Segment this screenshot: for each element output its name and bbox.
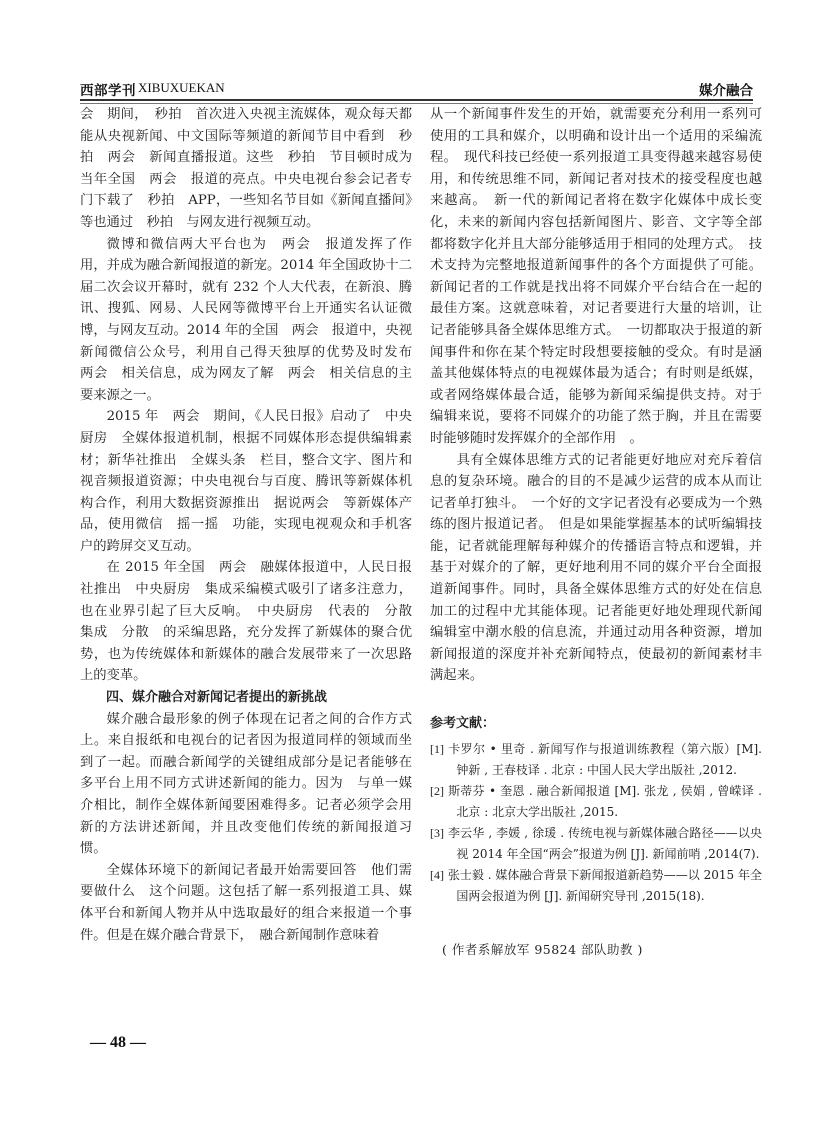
reference-item: [2] 斯蒂芬 • 奎恩 . 融合新闻报道 [M]. 张龙 , 侯娟 , 曾嵘译… (430, 781, 762, 823)
reference-number: [4] (430, 868, 444, 882)
reference-text: 斯蒂芬 • 奎恩 . 融合新闻报道 [M]. 张龙 , 侯娟 , 曾嵘译 . 北… (448, 784, 762, 819)
page-number: — 48 — (90, 1034, 146, 1052)
paragraph: 具有全媒体思维方式的记者能更好地应对充斥着信息的复杂环境。融合的目的不是减少运营… (430, 450, 762, 688)
journal-name-cn: 西部学刊 (80, 79, 136, 99)
paragraph: 从一个新闻事件发生的开始，就需要充分利用一系列可使用的工具和媒介，以明确和设计出… (430, 104, 762, 450)
reference-number: [1] (430, 742, 444, 756)
reference-number: [2] (430, 784, 444, 798)
right-column: 从一个新闻事件发生的开始，就需要充分利用一系列可使用的工具和媒介，以明确和设计出… (430, 104, 762, 960)
paragraph: 全媒体环境下的新闻记者最开始需要回答 他们需要做什么 这个问题。这包括了解一系列… (80, 860, 412, 946)
section-heading: 四、媒介融合对新闻记者提出的新挑战 (80, 687, 412, 709)
reference-item: [1] 卡罗尔 • 里奇 . 新闻写作与报道训练教程（第六版）[M]. 钟新 ,… (430, 739, 762, 781)
reference-item: [3] 李云华 , 李媛 , 徐瑗 . 传统电视与新媒体融合路径——以央视 20… (430, 823, 762, 865)
paragraph: 2015 年 两会 期间，《人民日报》启动了 中央厨房 全媒体报道机制，根据不同… (80, 406, 412, 557)
reference-text: 卡罗尔 • 里奇 . 新闻写作与报道训练教程（第六版）[M]. 钟新 , 王春枝… (448, 742, 762, 777)
references-list: [1] 卡罗尔 • 里奇 . 新闻写作与报道训练教程（第六版）[M]. 钟新 ,… (430, 739, 762, 907)
section-name: 媒介融合 (699, 79, 753, 99)
reference-text: 李云华 , 李媛 , 徐瑗 . 传统电视与新媒体融合路径——以央视 2014 年… (448, 826, 762, 861)
author-note: ( 作者系解放军 95824 部队助教 ) (430, 939, 762, 961)
reference-number: [3] (430, 826, 444, 840)
reference-item: [4] 张士毅 . 媒体融合背景下新闻报道新趋势——以 2015 年全国两会报道… (430, 865, 762, 907)
paragraph: 在 2015 年全国 两会 融媒体报道中，人民日报社推出 中央厨房 集成采编模式… (80, 557, 412, 687)
references-heading: 参考文献： (430, 713, 762, 735)
header-rule-thick (80, 99, 753, 101)
paragraph: 会 期间， 秒拍 首次进入央视主流媒体，观众每天都能从央视新闻、中文国际等频道的… (80, 104, 412, 234)
running-header: 西部学刊 XIBUXUEKAN 媒介融合 (80, 79, 753, 99)
paragraph: 媒介融合最形象的例子体现在记者之间的合作方式上。来自报纸和电视台的记者因为报道同… (80, 709, 412, 860)
paragraph: 微博和微信两大平台也为 两会 报道发挥了作用，并成为融合新闻报道的新宠。2014… (80, 234, 412, 407)
reference-text: 张士毅 . 媒体融合背景下新闻报道新趋势——以 2015 年全国两会报道为例 [… (448, 868, 762, 903)
journal-name-en: XIBUXUEKAN (138, 80, 225, 96)
left-column: 会 期间， 秒拍 首次进入央视主流媒体，观众每天都能从央视新闻、中文国际等频道的… (80, 104, 412, 946)
